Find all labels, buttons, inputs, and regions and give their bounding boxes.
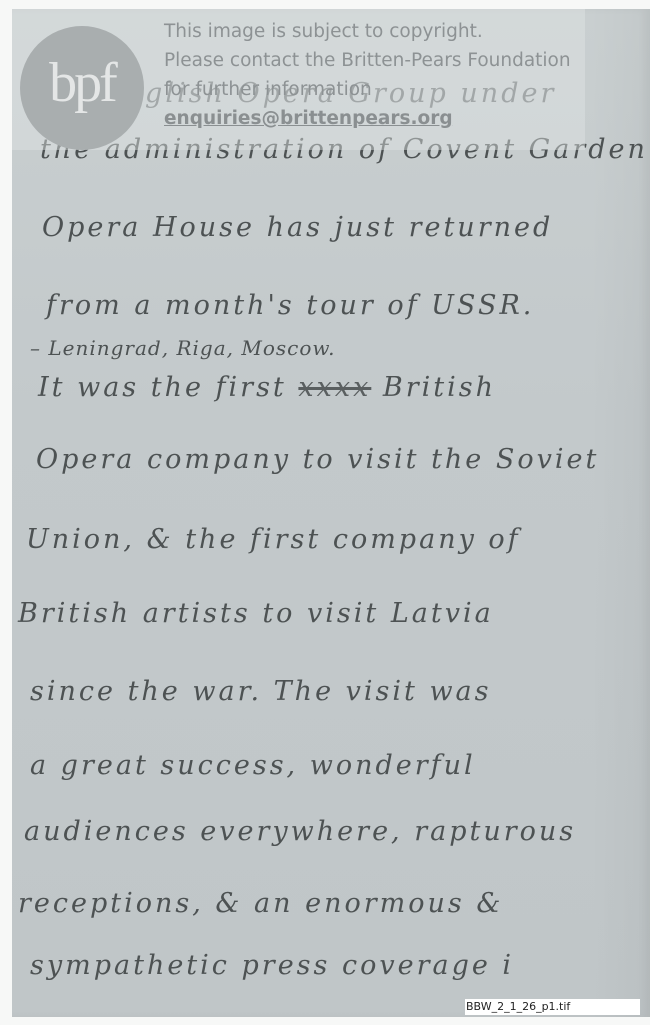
copyright-line-2: Please contact the Britten-Pears Foundat… — [164, 46, 571, 75]
manuscript-line-12: audiences everywhere, rapturous — [24, 816, 576, 847]
copyright-watermark: bpf This image is subject to copyright. … — [12, 9, 585, 150]
manuscript-line-6-end: British — [383, 372, 496, 403]
manuscript-line-13: receptions, & an enormous & — [18, 888, 503, 919]
manuscript-line-14: sympathetic press coverage i — [30, 950, 514, 981]
manuscript-line-6: It was the first xxxx British — [38, 372, 496, 403]
crossed-out-word: xxxx — [298, 372, 371, 403]
manuscript-line-6-text: It was the first — [38, 372, 287, 403]
copyright-line-1: This image is subject to copyright. — [164, 17, 571, 46]
bpf-logo-text: bpf — [20, 26, 144, 150]
manuscript-line-8: Union, & the first company of — [26, 524, 521, 555]
manuscript-line-3: Opera House has just returned — [42, 212, 553, 243]
manuscript-line-4: from a month's tour of USSR. — [46, 290, 534, 321]
manuscript-line-5: – Leningrad, Riga, Moscow. — [30, 336, 335, 360]
manuscript-line-7: Opera company to visit the Soviet — [36, 444, 599, 475]
manuscript-line-9: British artists to visit Latvia — [18, 598, 494, 629]
manuscript-line-10: since the war. The visit was — [30, 676, 492, 707]
copyright-line-3: for further information — [164, 75, 571, 104]
bpf-logo: bpf — [20, 26, 144, 150]
copyright-notice: This image is subject to copyright. Plea… — [164, 17, 571, 133]
file-name-label: BBW_2_1_26_p1.tif — [465, 999, 640, 1015]
contact-email-link[interactable]: enquiries@brittenpears.org — [164, 104, 571, 133]
manuscript-line-11: a great success, wonderful — [30, 750, 476, 781]
